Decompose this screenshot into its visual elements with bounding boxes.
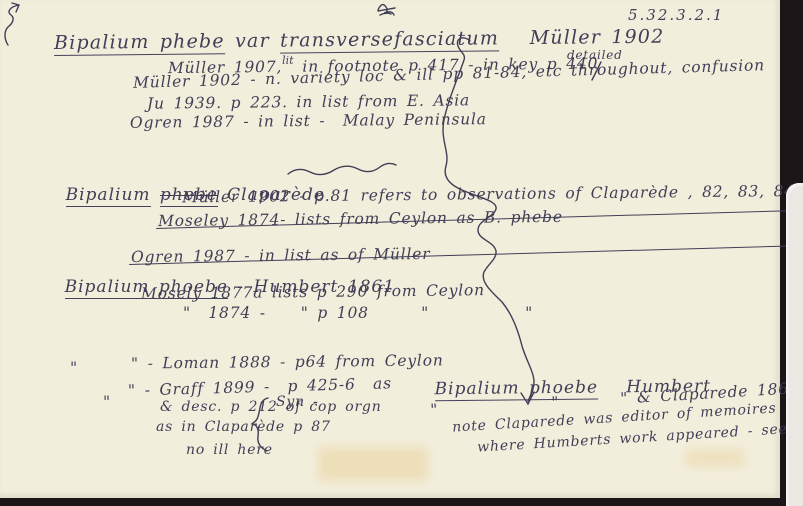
reference-line: Mosely 1877a lists p 290 from Ceylon (141, 282, 485, 303)
superscript-insert: lit (282, 54, 294, 67)
ditto-mark: " (103, 394, 111, 411)
reference-line: no ill here (186, 443, 273, 458)
reference-line: & desc. p 212 of cop orgn (160, 400, 382, 415)
index-card: Bipalium phebe var transversefasciatum M… (0, 0, 780, 498)
catalog-number: 5.32.3.2.1 (628, 7, 724, 24)
ditto-line: " 1874 - " p 108 " " (183, 305, 533, 322)
stain-mark (318, 447, 428, 481)
syn-label: Syn - (276, 395, 319, 410)
reference-line: as in Claparède p 87 (156, 420, 331, 435)
reference-line: Ju 1939. p 223. in list from E. Asia (147, 92, 470, 112)
stain-mark (686, 449, 744, 467)
ditto-mark: " (70, 360, 78, 377)
reference-line: Ogren 1987 - in list - Malay Peninsula (130, 111, 487, 132)
reference-line: " - Graff 1899 - p 425-6 as (128, 375, 392, 399)
scanned-note-card-page: { "catalog_number": "5.32.3.2.1", "entry… (0, 0, 803, 506)
genus-name: Bipalium (66, 185, 151, 207)
second-card-corner (786, 183, 803, 506)
